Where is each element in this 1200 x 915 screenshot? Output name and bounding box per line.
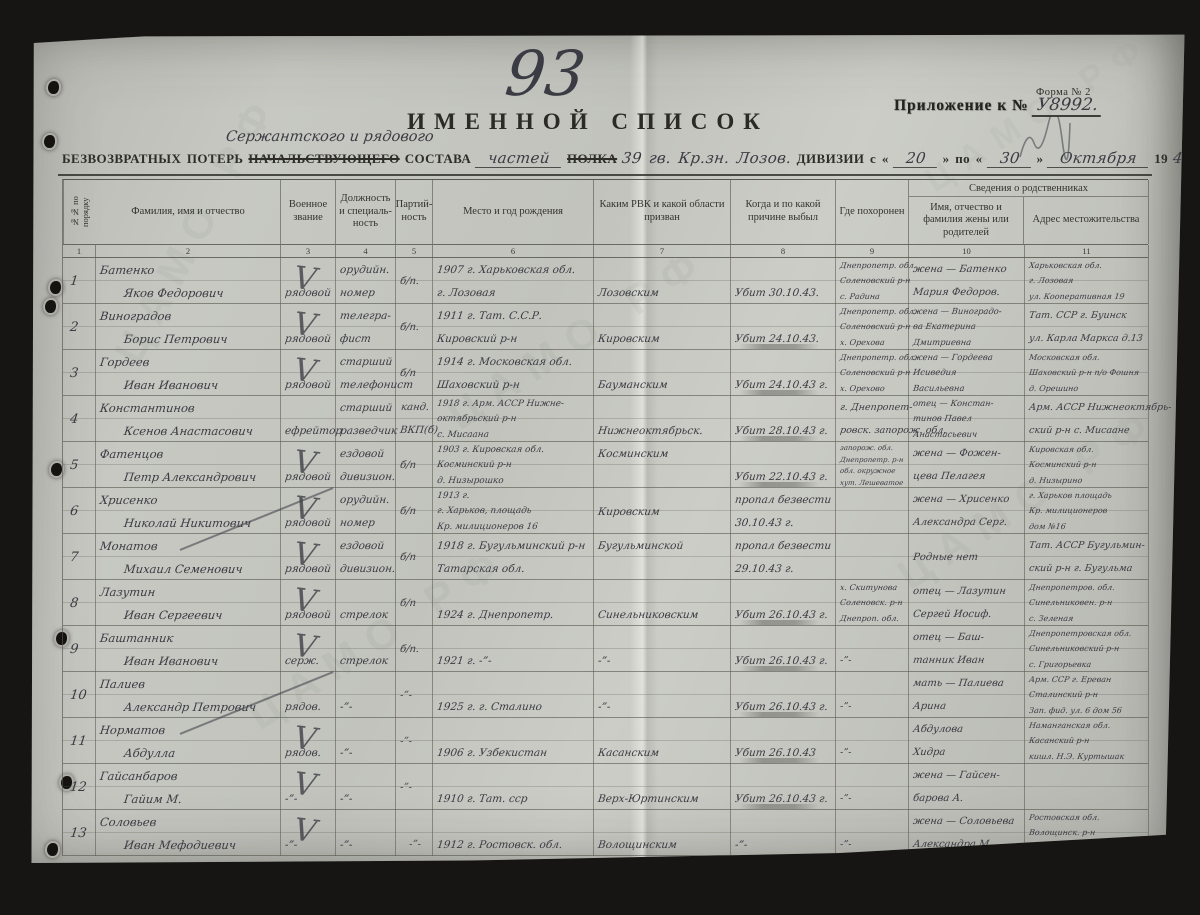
subtitle-line: БЕЗВОЗВРАТНЫХ ПОТЕРЬ НАЧАЛЬСТВУЮЩЕГО СОС… — [62, 149, 1162, 168]
cell-buried — [836, 488, 909, 534]
pencil-smear — [739, 666, 819, 671]
cell-party: -”- — [396, 764, 433, 810]
appendix-stamp-label: Приложение к № — [894, 97, 1029, 114]
cell-buried: Днепропетр. обл.Соленовский р-нс. Радина — [836, 258, 909, 304]
cell-name: БаштанникИван Иванович — [96, 626, 281, 672]
cell-rank: рядовойV — [281, 580, 336, 626]
col-number: 8 — [731, 245, 836, 258]
cell-address: Кировская обл.Косминский р-нд. Низырино — [1025, 442, 1149, 488]
cell-party: б/п — [396, 534, 433, 580]
cell-name: БатенкоЯков Федорович — [96, 258, 281, 304]
cell-when: пропал безвести30.10.43 г. — [731, 488, 836, 534]
cell-address: Харьковская обл.г. Лозоваяул. Кооператив… — [1025, 258, 1149, 304]
cell-num: 10 — [63, 672, 96, 718]
cell-family: жена — ГордееваИсиведияВасильевна — [909, 350, 1025, 396]
cell-birth: 1911 г. Тат. С.С.Р.Кировский р-н — [433, 304, 594, 350]
binder-hole — [43, 298, 58, 315]
column-header: Каким РВК и какой области призван — [594, 180, 731, 244]
subtitle-printed: ДИВИЗИИ с « — [797, 151, 889, 167]
column-header: Военное звание — [281, 180, 336, 244]
table-row: 2ВиноградовБорис ПетровичрядовойVтелегра… — [63, 304, 1148, 350]
subtitle-date-from: 20 — [893, 149, 939, 168]
cell-rank: рядовойV — [281, 442, 336, 488]
cell-party: -”- — [396, 718, 433, 764]
binder-hole — [45, 841, 60, 858]
table-row: 6ХрисенкоНиколай НикитовичрядовойVорудий… — [63, 488, 1148, 534]
subtitle-printed: » по « — [943, 151, 983, 167]
cell-party: б/п. — [396, 258, 433, 304]
cell-birth: 1924 г. Днепропетр. — [433, 580, 594, 626]
header-divider — [58, 174, 1152, 176]
relatives-group-header: Сведения о родственниках Имя, отчество и… — [909, 180, 1149, 244]
cell-rvk: Синельниковским — [594, 580, 731, 626]
cell-num: 11 — [63, 718, 96, 764]
cell-rank: рядовойV — [281, 350, 336, 396]
cell-rvk: Верх-Юртинским — [594, 764, 731, 810]
subtitle-printed: СОСТАВА — [405, 151, 472, 167]
cell-when: Убит 24.10.43 г. — [731, 350, 836, 396]
cell-family: жена — БатенкоМария Федоров. — [909, 258, 1025, 304]
row-number: 13 — [69, 826, 87, 841]
cell-position: -”- — [336, 764, 396, 810]
cell-party: б/п — [396, 488, 433, 534]
cell-when: пропал безвести29.10.43 г. — [731, 534, 836, 580]
cell-buried: -”- — [836, 672, 909, 718]
cell-address: Арм. ССР г. ЕреванСталинский р-нЗап. фид… — [1025, 672, 1149, 718]
subtitle-printed: » — [1036, 151, 1043, 167]
cell-buried: Днепропетр. обл.Соленовский р-нх. Орехов… — [836, 304, 909, 350]
cell-rvk: Нижнеоктябрьск. — [594, 396, 731, 442]
cell-when: Убит 26.10.43 — [731, 718, 836, 764]
cell-position: телегра-фист — [336, 304, 396, 350]
cell-rvk: -”- — [594, 626, 731, 672]
cell-birth: 1925 г. г. Сталино — [433, 672, 594, 718]
cell-rank: серж.V — [281, 626, 336, 672]
cell-when: Убит 30.10.43. — [731, 258, 836, 304]
cell-birth: 1918 г. Арм. АССР Нижне-октябрьский р-нс… — [433, 396, 594, 442]
subtitle-printed: 19 — [1154, 151, 1168, 167]
cell-birth: 1914 г. Московская обл.Шаховский р-н — [433, 350, 594, 396]
subtitle-month: Октября — [1047, 149, 1150, 168]
col-number: 9 — [836, 245, 909, 258]
subtitle-date-to: 30 — [986, 149, 1032, 168]
pencil-smear — [739, 390, 819, 395]
cell-rvk: Бугульминской — [594, 534, 731, 580]
col-number: 7 — [594, 245, 731, 258]
cell-position: ездовойдивизион. — [336, 442, 396, 488]
cell-rank: рядовойV — [281, 488, 336, 534]
table-header: №№ по порядку Фамилия, имя и отчество Во… — [63, 179, 1148, 245]
subtitle-struck: НАЧАЛЬСТВУЮЩЕГО — [248, 151, 399, 167]
cell-num: 5 — [63, 442, 96, 488]
cell-num: 12 — [63, 764, 96, 810]
row-number: 12 — [69, 780, 87, 795]
cell-rank: рядовойV — [281, 304, 336, 350]
loss-table: №№ по порядку Фамилия, имя и отчество Во… — [62, 179, 1148, 856]
col-number-row: 1 2 3 4 5 6 7 8 9 10 11 — [63, 245, 1148, 258]
cell-when: -”- — [731, 810, 836, 856]
cell-buried: г. Днепропет-ровск. запорож. обл. — [836, 396, 909, 442]
table-row: 10ПалиевАлександр Петровичрядов.-”--”-19… — [63, 672, 1148, 718]
cell-address: г. Харьков площадьКр. милиционеровдом №1… — [1025, 488, 1149, 534]
subtitle-struck: ПОЛКА — [567, 151, 617, 167]
binder-hole — [42, 133, 57, 150]
cell-name: ЛазутинИван Сергеевич — [96, 580, 281, 626]
cell-name: ГордеевИван Иванович — [96, 350, 281, 396]
cell-buried: -”- — [836, 626, 909, 672]
appendix-stamp: Приложение к № У8992. — [894, 95, 1102, 117]
row-number: 6 — [69, 504, 79, 519]
table-row: 5ФатенцовПетр АлександровичрядовойVездов… — [63, 442, 1148, 488]
cell-rvk: Лозовским — [594, 258, 731, 304]
cell-num: 4 — [63, 396, 96, 442]
cell-num: 9 — [63, 626, 96, 672]
row-number: 9 — [69, 642, 79, 657]
cell-position: -”- — [336, 810, 396, 856]
col-number: 4 — [336, 245, 396, 258]
cell-name: ГайсанбаровГайим М. — [96, 764, 281, 810]
cell-name: СоловьевИван Мефодиевич — [96, 810, 281, 856]
col-number: 6 — [433, 245, 594, 258]
cell-rvk: Кировским — [594, 304, 731, 350]
row-number: 3 — [69, 366, 79, 381]
cell-position: старшийразведчик — [336, 396, 396, 442]
cell-buried: -”- — [836, 718, 909, 764]
cell-buried — [836, 534, 909, 580]
document-page: ЦАМО РФ ЦАМО РФ ЦАМО РФ ЦАМО РФ ЦАМО РФ … — [28, 33, 1188, 863]
cell-birth: 1912 г. Ростовск. обл. — [433, 810, 594, 856]
binder-hole — [48, 279, 63, 296]
cell-rank: -”-V — [281, 764, 336, 810]
table-row: 8ЛазутинИван СергеевичрядовойVстрелокб/п… — [63, 580, 1148, 626]
cell-family: АбдуловаХидра — [909, 718, 1025, 764]
cell-family: мать — ПалиеваАрина — [909, 672, 1025, 718]
col-number: 3 — [281, 245, 336, 258]
cell-rvk: -”- — [594, 672, 731, 718]
cell-address: Наманганская обл.Касанский р-нкишл. Н.Э.… — [1025, 718, 1149, 764]
cell-buried: х. СкитуноваСоленовск. р-нДнепроп. обл. — [836, 580, 909, 626]
cell-rank: рядовойV — [281, 534, 336, 580]
row-number: 11 — [69, 734, 87, 749]
row-number: 4 — [69, 412, 79, 427]
cell-when: Убит 26.10.43 г. — [731, 626, 836, 672]
cell-num: 13 — [63, 810, 96, 856]
cell-family: жена — СоловьеваАлександра М. — [909, 810, 1025, 856]
cell-num: 1 — [63, 258, 96, 304]
row-number: 7 — [69, 550, 79, 565]
cell-num: 8 — [63, 580, 96, 626]
cell-family: жена — Виноградо-ва ЕкатеринаДмитриевна — [909, 304, 1025, 350]
cell-rank: рядовойV — [281, 258, 336, 304]
cell-name: НорматовАбдулла — [96, 718, 281, 764]
cell-position: стрелок — [336, 580, 396, 626]
table-row: 13СоловьевИван Мефодиевич-”-V-”--”-1912 … — [63, 810, 1148, 856]
row-number: 10 — [69, 688, 87, 703]
cell-rvk: Бауманским — [594, 350, 731, 396]
cell-party: канд.ВКП(б) — [396, 396, 433, 442]
cell-family: Родные нет — [909, 534, 1025, 580]
column-header: Имя, отчество и фамилия жены или родител… — [909, 197, 1024, 244]
cell-birth: 1906 г. Узбекистан — [433, 718, 594, 764]
cell-party: б/п — [396, 580, 433, 626]
cell-birth: 1913 г.г. Харьков, площадьКр. милиционер… — [433, 488, 594, 534]
cell-party: -”- — [396, 810, 433, 856]
cell-when: Убит 26.10.43 г. — [731, 764, 836, 810]
subtitle-handwritten-unit: частей — [475, 149, 563, 168]
cell-name: ВиноградовБорис Петрович — [96, 304, 281, 350]
cell-party: б/п — [396, 350, 433, 396]
appendix-stamp-number: У8992. — [1031, 95, 1103, 117]
cell-family: жена — Гайсен-барова А. — [909, 764, 1025, 810]
binder-hole — [46, 79, 61, 96]
cell-position: -”- — [336, 718, 396, 764]
cell-position: орудийн.номер — [336, 258, 396, 304]
cell-position: старшийтелефонист — [336, 350, 396, 396]
pencil-smear — [739, 482, 819, 487]
cell-family: жена — Фожен-цева Пелагея — [909, 442, 1025, 488]
cell-address: Арм. АССР Нижнеоктябрь-ский р-н с. Мисаа… — [1025, 396, 1149, 442]
table-row: 4КонстантиновКсенов Анастасовичефрейторс… — [63, 396, 1148, 442]
table-row: 1БатенкоЯков ФедоровичрядовойVорудийн.но… — [63, 258, 1148, 304]
col-number: 5 — [396, 245, 433, 258]
pencil-smear — [739, 620, 819, 625]
cell-buried: запорож. обл.Днепропетр. р-нобл. окружно… — [836, 442, 909, 488]
pencil-smear — [739, 804, 819, 809]
cell-position: ездовойдивизион. — [336, 534, 396, 580]
cell-family: отец — Констан-тинов ПавелАнастасьевич — [909, 396, 1025, 442]
cell-name: МонатовМихаил Семенович — [96, 534, 281, 580]
cell-num: 3 — [63, 350, 96, 396]
column-header: Адрес местожительства — [1024, 197, 1148, 244]
cell-buried: -”- — [836, 810, 909, 856]
col-number: 10 — [909, 245, 1025, 258]
cell-name: ФатенцовПетр Александрович — [96, 442, 281, 488]
row-number: 2 — [69, 320, 79, 335]
table-body: 1БатенкоЯков ФедоровичрядовойVорудийн.но… — [63, 258, 1148, 856]
cell-rvk: Волощинским — [594, 810, 731, 856]
cell-when: Убит 24.10.43. — [731, 304, 836, 350]
cell-address: Московская обл.Шаховский р-н п/о Фошняд.… — [1025, 350, 1149, 396]
cell-position: стрелок — [336, 626, 396, 672]
column-header: Когда и по какой причине выбыл — [731, 180, 836, 244]
row-number: 1 — [69, 274, 79, 289]
cell-address: Тат. ССР г. Буинскул. Карла Маркса д.13 — [1025, 304, 1149, 350]
cell-num: 6 — [63, 488, 96, 534]
subtitle-handwritten-regiment: 39 гв. Кр.зн. Лозов. — [621, 149, 793, 167]
cell-party: б/п. — [396, 304, 433, 350]
cell-name: КонстантиновКсенов Анастасович — [96, 396, 281, 442]
cell-family: жена — ХрисенкоАлександра Серг. — [909, 488, 1025, 534]
column-header: Фамилия, имя и отчество — [96, 180, 281, 244]
cell-family: отец — Баш-танник Иван — [909, 626, 1025, 672]
cell-buried: Днепропетр. обл.Соленовский р-нх. Орехов… — [836, 350, 909, 396]
column-header: Где похоронен — [836, 180, 909, 244]
column-header: Партий- ность — [396, 180, 433, 244]
cell-rvk: Кировским — [594, 488, 731, 534]
cell-name: ХрисенкоНиколай Никитович — [96, 488, 281, 534]
cell-address: Днепропетров. обл.Синельниковен. р-нс. З… — [1025, 580, 1149, 626]
col-number: 11 — [1025, 245, 1149, 258]
table-row: 12ГайсанбаровГайим М.-”-V-”--”-1910 г. Т… — [63, 764, 1148, 810]
cell-party: б/п. — [396, 626, 433, 672]
cell-party: б/п — [396, 442, 433, 488]
column-header: Должность и специаль- ность — [336, 180, 396, 244]
cell-num: 7 — [63, 534, 96, 580]
cell-rank: рядов. — [281, 672, 336, 718]
cell-position: -”- — [336, 672, 396, 718]
cell-when: Убит 26.10.43 г. — [731, 580, 836, 626]
column-header: Место и год рождения — [433, 180, 594, 244]
page-number: 93 — [502, 37, 590, 110]
cell-when: Убит 26.10.43 г. — [731, 672, 836, 718]
cell-family: отец — ЛазутинСергей Иосиф. — [909, 580, 1025, 626]
cell-birth: 1910 г. Тат. сср — [433, 764, 594, 810]
cell-birth: 1918 г. Бугульминский р-нТатарская обл. — [433, 534, 594, 580]
cell-birth: 1907 г. Харьковская обл.г. Лозовая — [433, 258, 594, 304]
column-header: №№ по порядку — [63, 180, 96, 244]
cell-position: орудийн.номер — [336, 488, 396, 534]
cell-name: ПалиевАлександр Петрович — [96, 672, 281, 718]
table-row: 7МонатовМихаил СеменовичрядовойVездовойд… — [63, 534, 1148, 580]
cell-when: Убит 28.10.43 г. — [731, 396, 836, 442]
cell-when: Убит 22.10.43 г. — [731, 442, 836, 488]
table-row: 3ГордеевИван ИвановичрядовойVстаршийтеле… — [63, 350, 1148, 396]
pencil-smear — [739, 758, 819, 763]
group-title: Сведения о родственниках — [909, 180, 1148, 197]
pencil-smear — [739, 344, 819, 349]
cell-address: Днепропетровская обл.Синельниковский р-н… — [1025, 626, 1149, 672]
cell-birth: 1903 г. Кировская обл.Косминский р-нд. Н… — [433, 442, 594, 488]
cell-party: -”- — [396, 672, 433, 718]
col-number: 1 — [63, 245, 96, 258]
cell-rvk: Касанским — [594, 718, 731, 764]
table-row: 9БаштанникИван Ивановичсерж.Vстрелокб/п.… — [63, 626, 1148, 672]
cell-buried: -”- — [836, 764, 909, 810]
row-number: 5 — [69, 458, 79, 473]
cell-birth: 1921 г. -”- — [433, 626, 594, 672]
cell-rank: рядов.V — [281, 718, 336, 764]
cell-rvk: Косминским — [594, 442, 731, 488]
row-number: 8 — [69, 596, 79, 611]
subtitle-handwritten: Сержантского и рядового — [225, 129, 435, 145]
cell-rank: -”-V — [281, 810, 336, 856]
cell-address: Тат. АССР Бугульмин-ский р-н г. Бугульма — [1025, 534, 1149, 580]
col-number: 2 — [96, 245, 281, 258]
subtitle-year: 43 — [1172, 149, 1188, 167]
cell-num: 2 — [63, 304, 96, 350]
table-row: 11НорматовАбдулларядов.V-”--”-1906 г. Уз… — [63, 718, 1148, 764]
cell-address: Ростовская обл.Волощинск. р-нс. Волощино — [1025, 810, 1149, 856]
cell-address — [1025, 764, 1149, 810]
pencil-smear — [739, 712, 819, 717]
subtitle-printed: БЕЗВОЗВРАТНЫХ ПОТЕРЬ — [62, 151, 243, 167]
pencil-smear — [739, 436, 819, 441]
cell-rank: ефрейтор — [281, 396, 336, 442]
